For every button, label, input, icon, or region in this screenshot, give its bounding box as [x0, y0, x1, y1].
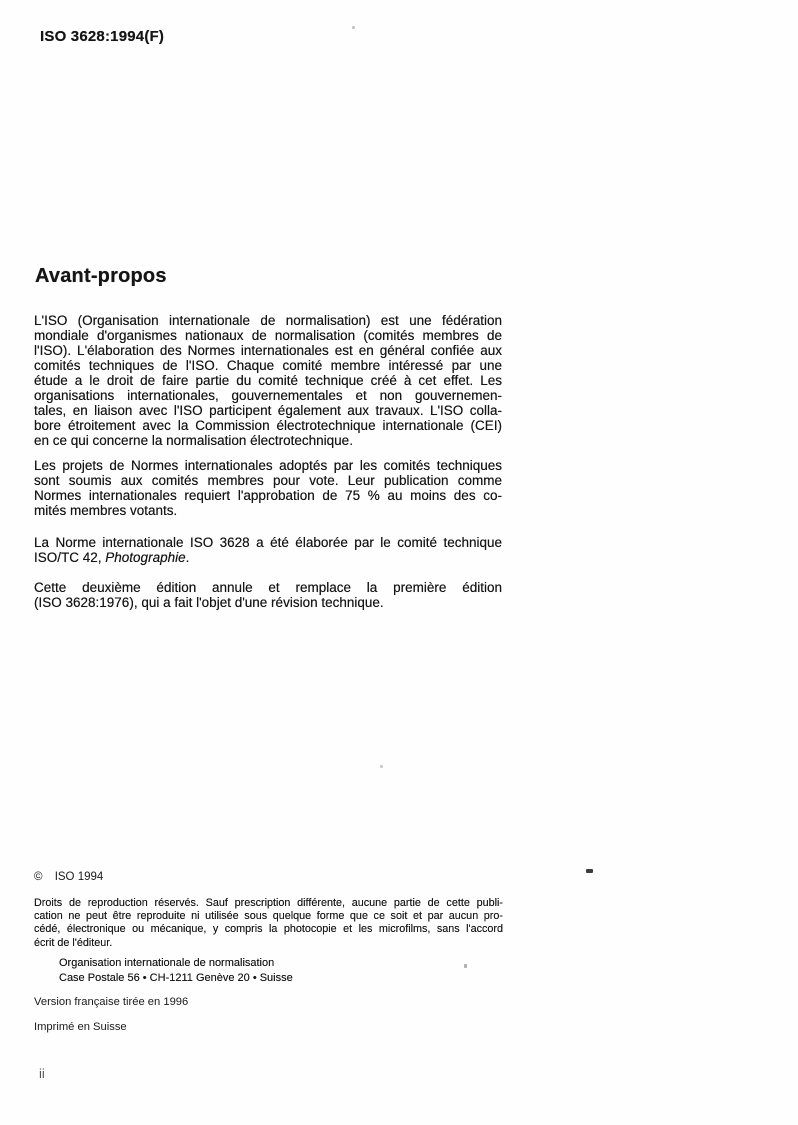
text-line: La Norme internationale ISO 3628 a été é… [34, 535, 502, 550]
text-line: sont soumis aux comités membres pour vot… [34, 473, 502, 488]
text-line: écrit de l'éditeur. [34, 937, 503, 950]
document-reference-header: ISO 3628:1994(F) [40, 28, 164, 45]
text-line: Organisation internationale de normalisa… [59, 956, 293, 971]
text-line: tales, en liaison avec l'ISO participent… [34, 403, 502, 418]
scan-speck [586, 869, 593, 873]
section-title-avant-propos: Avant-propos [35, 265, 167, 288]
foreword-paragraph-3: La Norme internationale ISO 3628 a été é… [34, 535, 502, 565]
text-line: Les projets de Normes internationales ad… [34, 458, 502, 473]
page-number: ii [39, 1066, 45, 1081]
scan-speck [380, 765, 383, 768]
text-line: mités membres votants. [34, 503, 502, 518]
text-line: Droits de reproduction réservés. Sauf pr… [34, 897, 503, 910]
scan-speck [464, 964, 467, 968]
text-line: comités techniques de l'ISO. Chaque comi… [34, 358, 502, 373]
text-line: Cette deuxième édition annule et remplac… [34, 580, 502, 595]
text-line: l'ISO). L'élaboration des Normes interna… [34, 343, 502, 358]
text-line: cation ne peut être reproduite ni utilis… [34, 910, 503, 923]
text-line: L'ISO (Organisation internationale de no… [34, 313, 502, 328]
text-line: en ce qui concerne la normalisation élec… [34, 433, 502, 448]
copyright-symbol: © [34, 871, 42, 883]
publisher-address: Organisation internationale de normalisa… [59, 956, 293, 986]
text-line: ISO/TC 42, Photographie. [34, 550, 502, 565]
copyright-line: © ISO 1994 [34, 871, 103, 883]
scan-speck [352, 26, 355, 29]
printed-in-note: Imprimé en Suisse [34, 1021, 127, 1033]
text-line: étude a le droit de faire partie du comi… [34, 373, 502, 388]
text-line: (ISO 3628:1976), qui a fait l'objet d'un… [34, 595, 502, 610]
french-version-note: Version française tirée en 1996 [34, 996, 188, 1008]
text-line: Case Postale 56 • CH-1211 Genève 20 • Su… [59, 971, 293, 986]
text-line: Normes internationales requiert l'approb… [34, 488, 502, 503]
text-line: cédé, électronique ou mécanique, y compr… [34, 923, 503, 936]
text-line: organisations internationales, gouvernem… [34, 388, 502, 403]
document-page: ISO 3628:1994(F) Avant-propos L'ISO (Org… [0, 0, 798, 1125]
text-line: mondiale d'organismes nationaux de norma… [34, 328, 502, 343]
foreword-paragraph-4: Cette deuxième édition annule et remplac… [34, 580, 502, 610]
reproduction-rights-notice: Droits de reproduction réservés. Sauf pr… [34, 897, 503, 950]
copyright-text: ISO 1994 [55, 871, 104, 883]
foreword-paragraph-1: L'ISO (Organisation internationale de no… [34, 313, 502, 448]
foreword-paragraph-2: Les projets de Normes internationales ad… [34, 458, 502, 518]
text-line: bore étroitement avec la Commission élec… [34, 418, 502, 433]
